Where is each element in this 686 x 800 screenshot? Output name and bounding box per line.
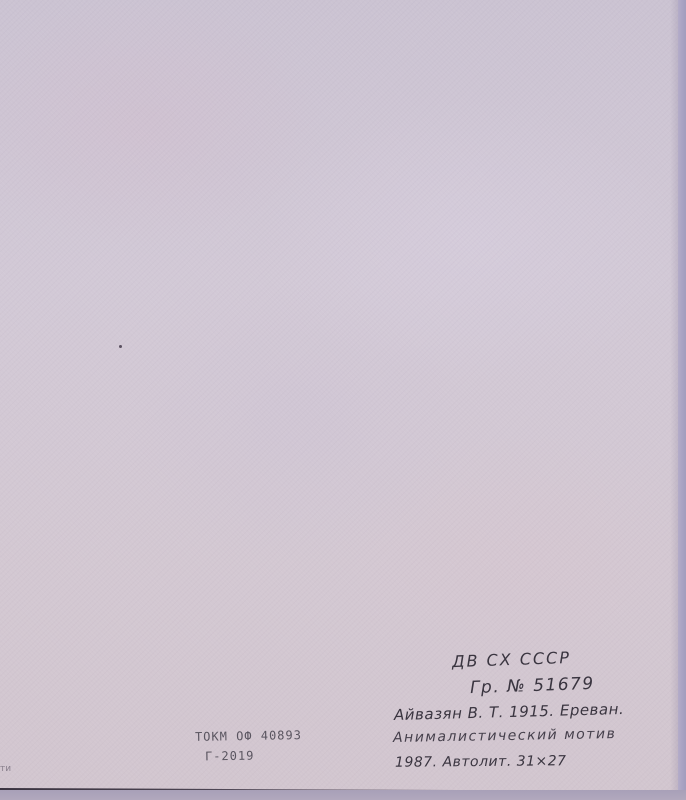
paper-sheet: ТОКМ ОФ 40893 Г-2019 ДВ СХ СССР Гр. № 51… — [0, 0, 686, 800]
annotation-title: Анималистический мотив — [393, 726, 617, 746]
bottom-paper-edge — [0, 790, 686, 800]
annotation-registry-number: Гр. № 51679 — [470, 674, 595, 698]
annotation-organization: ДВ СХ СССР — [452, 648, 572, 671]
right-edge-shadow — [670, 0, 678, 800]
inventory-stamp-number: ТОКМ ОФ 40893 — [195, 728, 302, 744]
inventory-stamp-code: Г-2019 — [205, 749, 255, 764]
annotation-technique-size: 1987. Автолит. 31×27 — [395, 753, 567, 770]
right-paper-edge — [678, 0, 686, 800]
annotation-artist: Айвазян В. Т. 1915. Ереван. — [394, 700, 625, 724]
corner-mark: ти — [0, 764, 11, 774]
paper-speck — [119, 345, 122, 348]
